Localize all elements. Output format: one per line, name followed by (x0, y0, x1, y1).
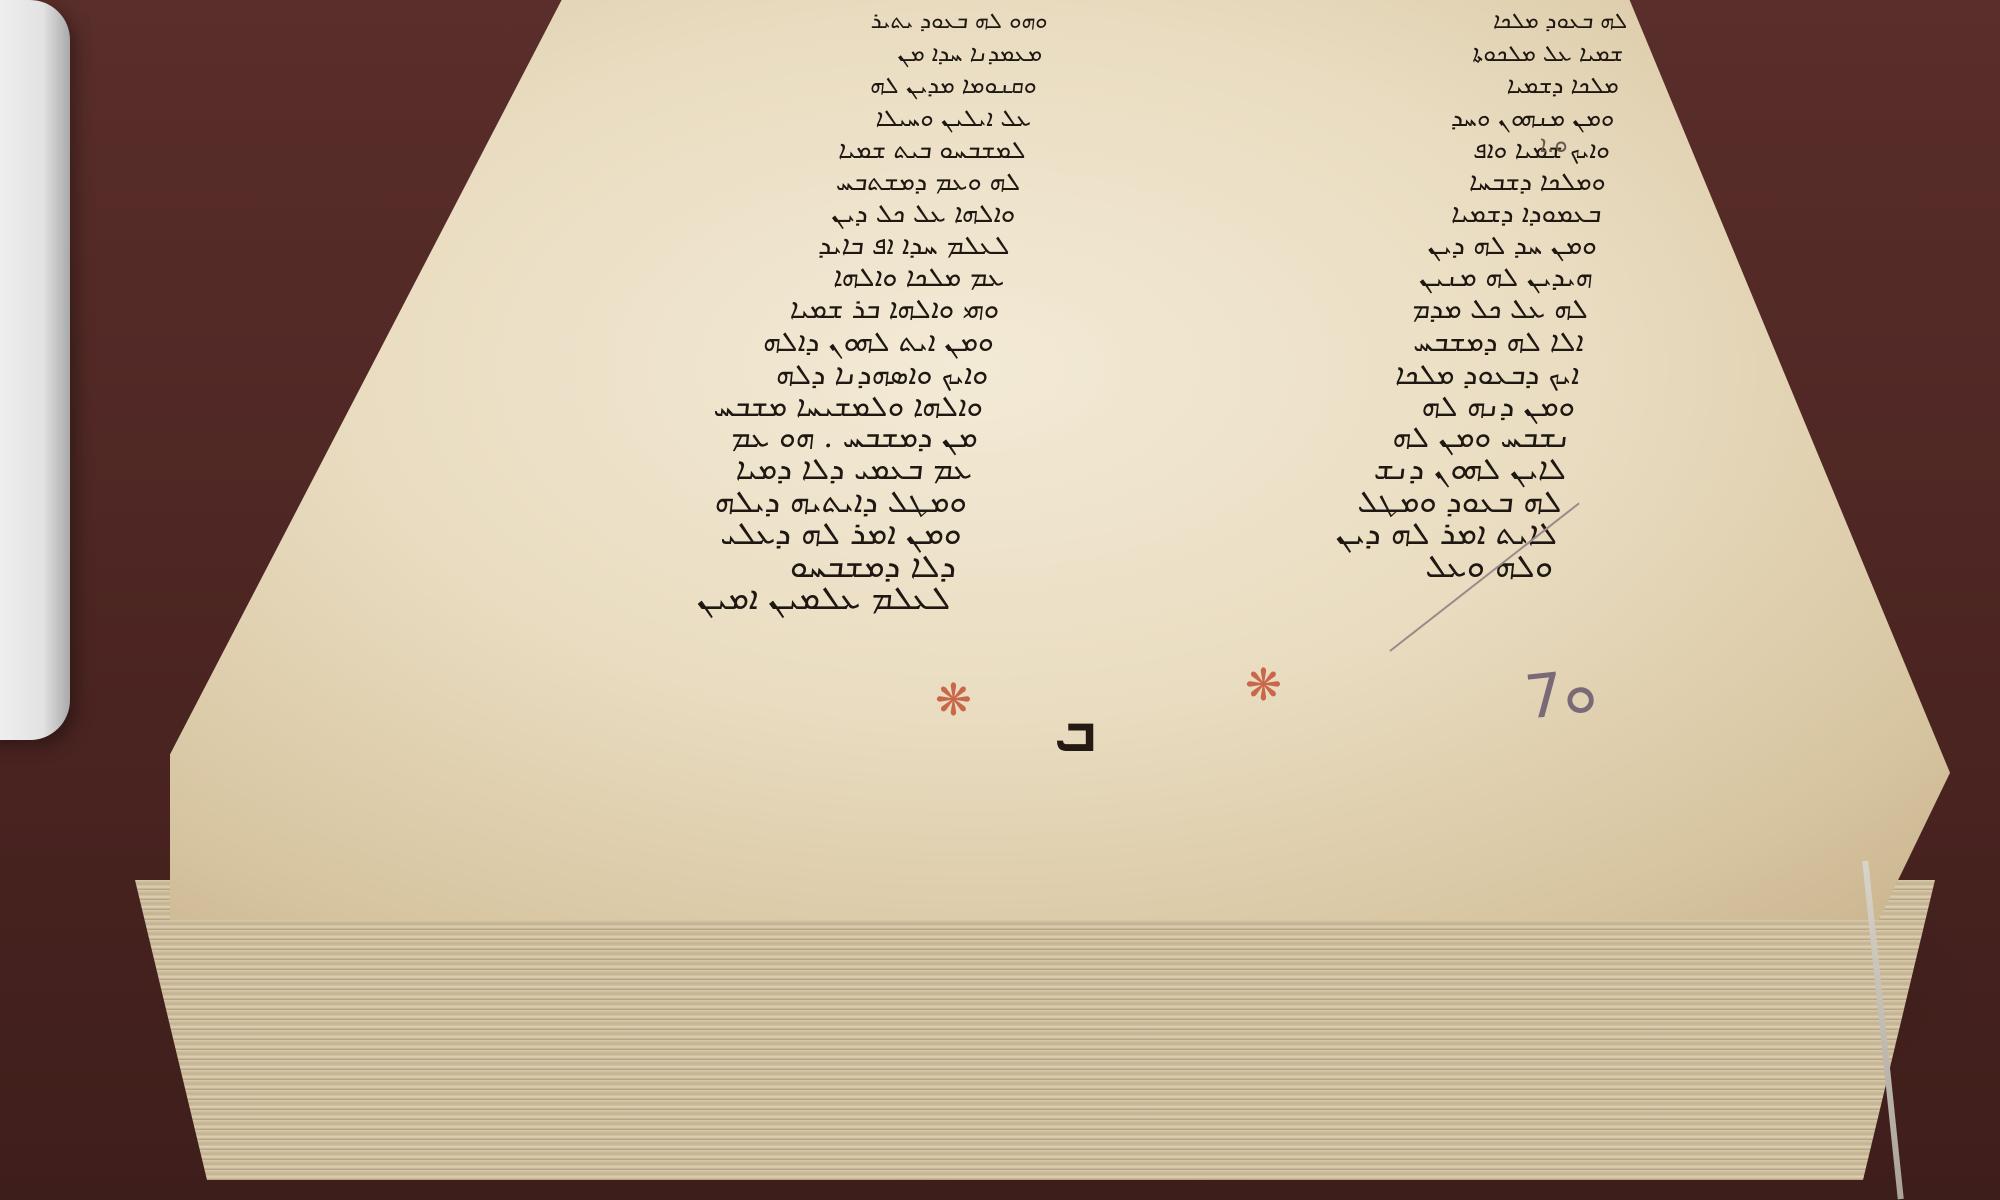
manuscript-line: ܠܥܠܡ ܥܠܡܝܢ ܐܡܝܢ (695, 576, 953, 620)
pencil-folio-number: ܘ7 (1522, 656, 1601, 733)
laptop-edge (0, 0, 70, 740)
manuscript-page (170, 0, 1950, 920)
manuscript-line: ܘܠܗ ܘܥܠ (1424, 544, 1556, 588)
rubric-ornament-left: ❋ (935, 675, 972, 726)
quire-signature-letter: ܒ (1055, 695, 1096, 765)
marginal-pencil-note: ܘ.ܐ (1540, 130, 1568, 158)
manuscript-page-edges (135, 880, 1935, 1180)
rubric-ornament-right: ❋ (1245, 660, 1282, 711)
